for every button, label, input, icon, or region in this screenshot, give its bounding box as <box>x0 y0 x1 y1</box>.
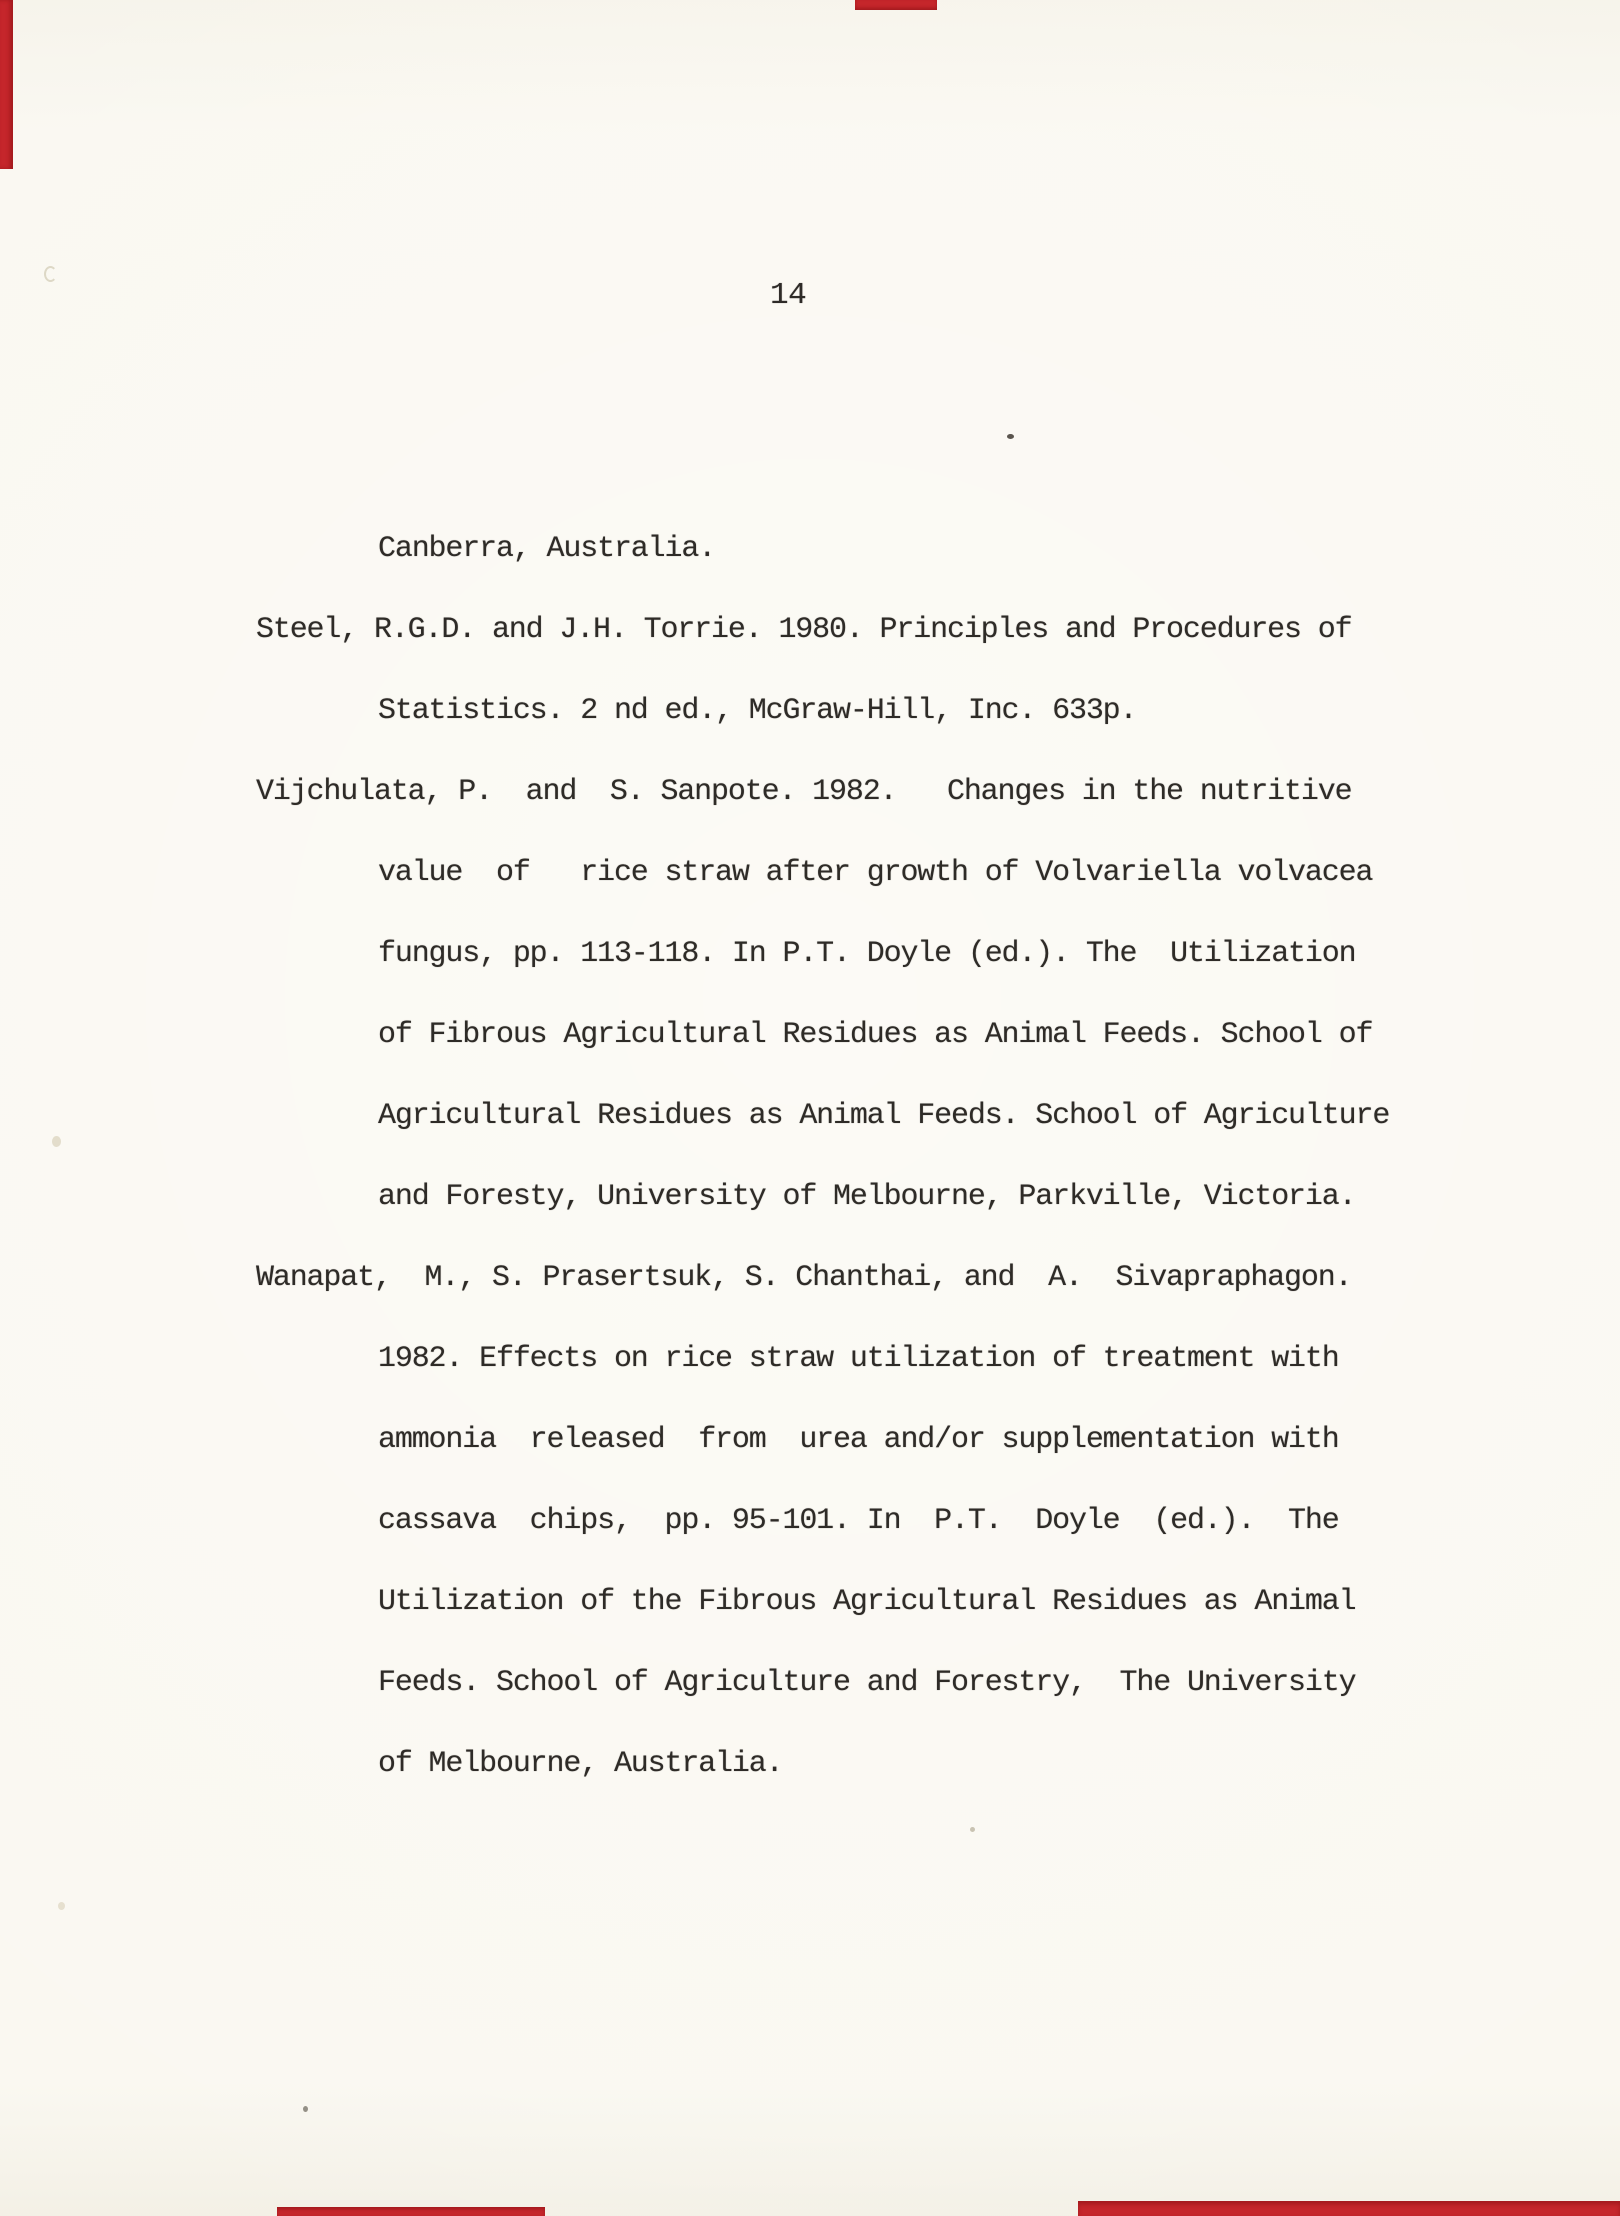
ink-speck <box>58 1902 65 1910</box>
scan-edge-mark-bottom-left <box>277 2207 545 2216</box>
reference-entry: Canberra, Australia. <box>256 509 1416 590</box>
reference-entry: Vijchulata, P. and S. Sanpote. 1982. Cha… <box>256 752 1416 1238</box>
page-number: 14 <box>770 278 806 314</box>
scanned-page: 14 Canberra, Australia. Steel, R.G.D. an… <box>0 0 1620 2216</box>
scan-edge-mark-left-top <box>0 0 13 169</box>
ink-speck <box>1007 434 1014 439</box>
ink-speck <box>303 2106 308 2112</box>
scan-edge-mark-bottom-right <box>1078 2201 1620 2216</box>
reference-entry: Wanapat, M., S. Prasertsuk, S. Chanthai,… <box>256 1238 1416 1805</box>
ink-speck <box>970 1827 975 1832</box>
references-list: Canberra, Australia. Steel, R.G.D. and J… <box>256 509 1416 1805</box>
ink-speck <box>52 1136 61 1147</box>
scan-edge-mark-top <box>855 0 937 10</box>
reference-entry: Steel, R.G.D. and J.H. Torrie. 1980. Pri… <box>256 590 1416 752</box>
ink-speck <box>44 266 57 282</box>
